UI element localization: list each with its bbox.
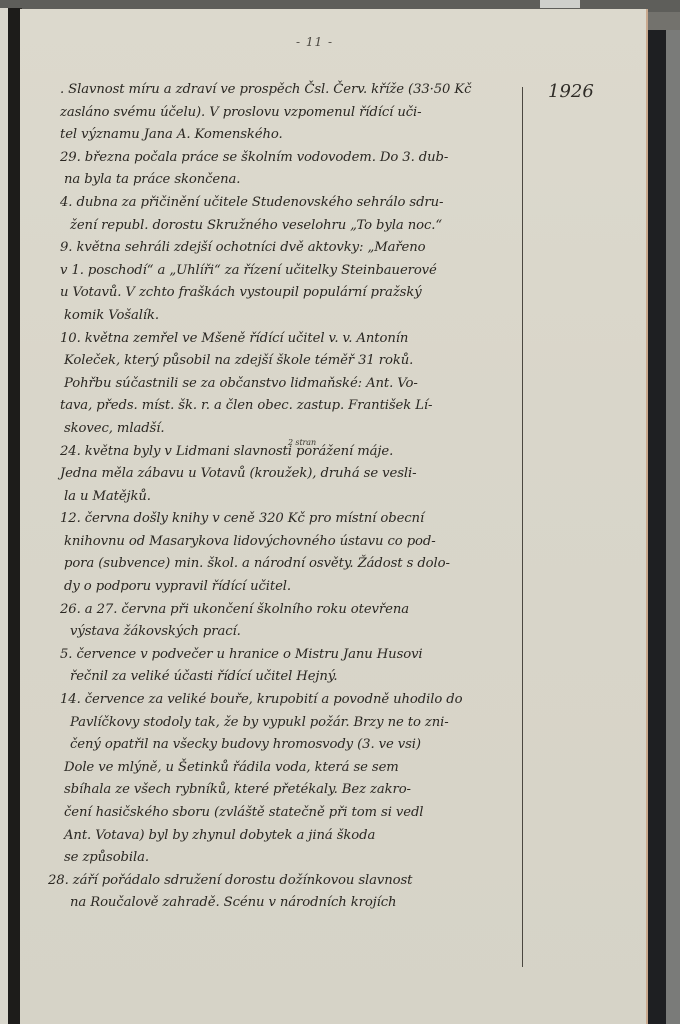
text-line: na byla ta práce skončena. — [60, 169, 522, 192]
text-line: la u Matějků. — [60, 486, 522, 509]
text-line: . Slavnost míru a zdraví ve prospěch Čsl… — [60, 79, 522, 102]
text-line: Pohřbu súčastnili se za občanstvo lidmaň… — [60, 373, 522, 396]
text-line: zasláno svému účelu). V proslovu vzpomen… — [60, 102, 522, 125]
text-line: 29. března počala práce se školním vodov… — [60, 147, 522, 170]
text-line: na Roučalově zahradě. Scénu v národních … — [60, 892, 522, 915]
text-line: dy o podporu vypravil řídící učitel. — [60, 576, 522, 599]
text-line: 12. června došly knihy v ceně 320 Kč pro… — [60, 508, 522, 531]
margin-rule-line — [522, 87, 523, 967]
scanned-book-photo: - 11 - 1926 . Slavnost míru a zdraví ve … — [0, 0, 680, 1024]
text-line: čení hasičského sboru (zvláště statečně … — [60, 802, 522, 825]
book-back-cover — [646, 30, 666, 1024]
text-line: tava, předs. míst. šk. r. a člen obec. z… — [60, 395, 522, 418]
text-line: knihovnu od Masarykova lidovýchovného ús… — [60, 531, 522, 554]
text-line: 9. května sehráli zdejší ochotníci dvě a… — [60, 237, 522, 260]
text-line: 2 stran 24. května byly v Lidmani slavno… — [60, 441, 522, 464]
text-line: 28. září pořádalo sdružení dorostu dožín… — [48, 870, 522, 893]
text-line: u Votavů. V zchto fraškách vystoupil pop… — [60, 282, 522, 305]
text-line: řečnil za veliké účasti řídící učitel He… — [60, 666, 522, 689]
chronicle-page: - 11 - 1926 . Slavnost míru a zdraví ve … — [20, 9, 648, 1024]
page-number: - 11 - — [296, 35, 333, 49]
text-line: Pavlíčkovy stodoly tak, že by vypukl pož… — [60, 712, 522, 735]
background-light-patch — [540, 0, 580, 8]
text-line-content: 24. května byly v Lidmani slavnosti porá… — [60, 444, 393, 459]
margin-year: 1926 — [548, 81, 594, 102]
text-line: žení republ. dorostu Skružného veselohru… — [60, 215, 522, 238]
text-line: v 1. poschodí“ a „Uhlíři“ za řízení učit… — [60, 260, 522, 283]
text-line: pora (subvence) min. škol. a národní osv… — [60, 553, 522, 576]
text-line: čený opatřil na všecky budovy hromosvody… — [60, 734, 522, 757]
text-line: Dole ve mlýně, u Šetinků řádila voda, kt… — [60, 757, 522, 780]
insertion-note: 2 stran — [288, 432, 316, 455]
text-line: 4. dubna za přičinění učitele Studenovsk… — [60, 192, 522, 215]
text-line: komik Vošalík. — [60, 305, 522, 328]
text-line: Koleček, který působil na zdejší škole t… — [60, 350, 522, 373]
text-line: 5. července v podvečer u hranice o Mistr… — [60, 644, 522, 667]
text-line: sbíhala ze všech rybníků, které přetékal… — [60, 779, 522, 802]
text-line: 14. července za veliké bouře, krupobití … — [60, 689, 522, 712]
background-right-edge — [666, 30, 680, 1024]
handwritten-text-body: . Slavnost míru a zdraví ve prospěch Čsl… — [60, 79, 522, 915]
text-line: Ant. Votava) byl by zhynul dobytek a jin… — [60, 825, 522, 848]
text-line: se způsobila. — [60, 847, 522, 870]
text-line: výstava žákovských prací. — [60, 621, 522, 644]
text-line: Jedna měla zábavu u Votavů (kroužek), dr… — [60, 463, 522, 486]
text-line: 10. května zemřel ve Mšeně řídící učitel… — [60, 328, 522, 351]
text-line: tel významu Jana A. Komenského. — [60, 124, 522, 147]
text-line: 26. a 27. června při ukončení školního r… — [60, 599, 522, 622]
